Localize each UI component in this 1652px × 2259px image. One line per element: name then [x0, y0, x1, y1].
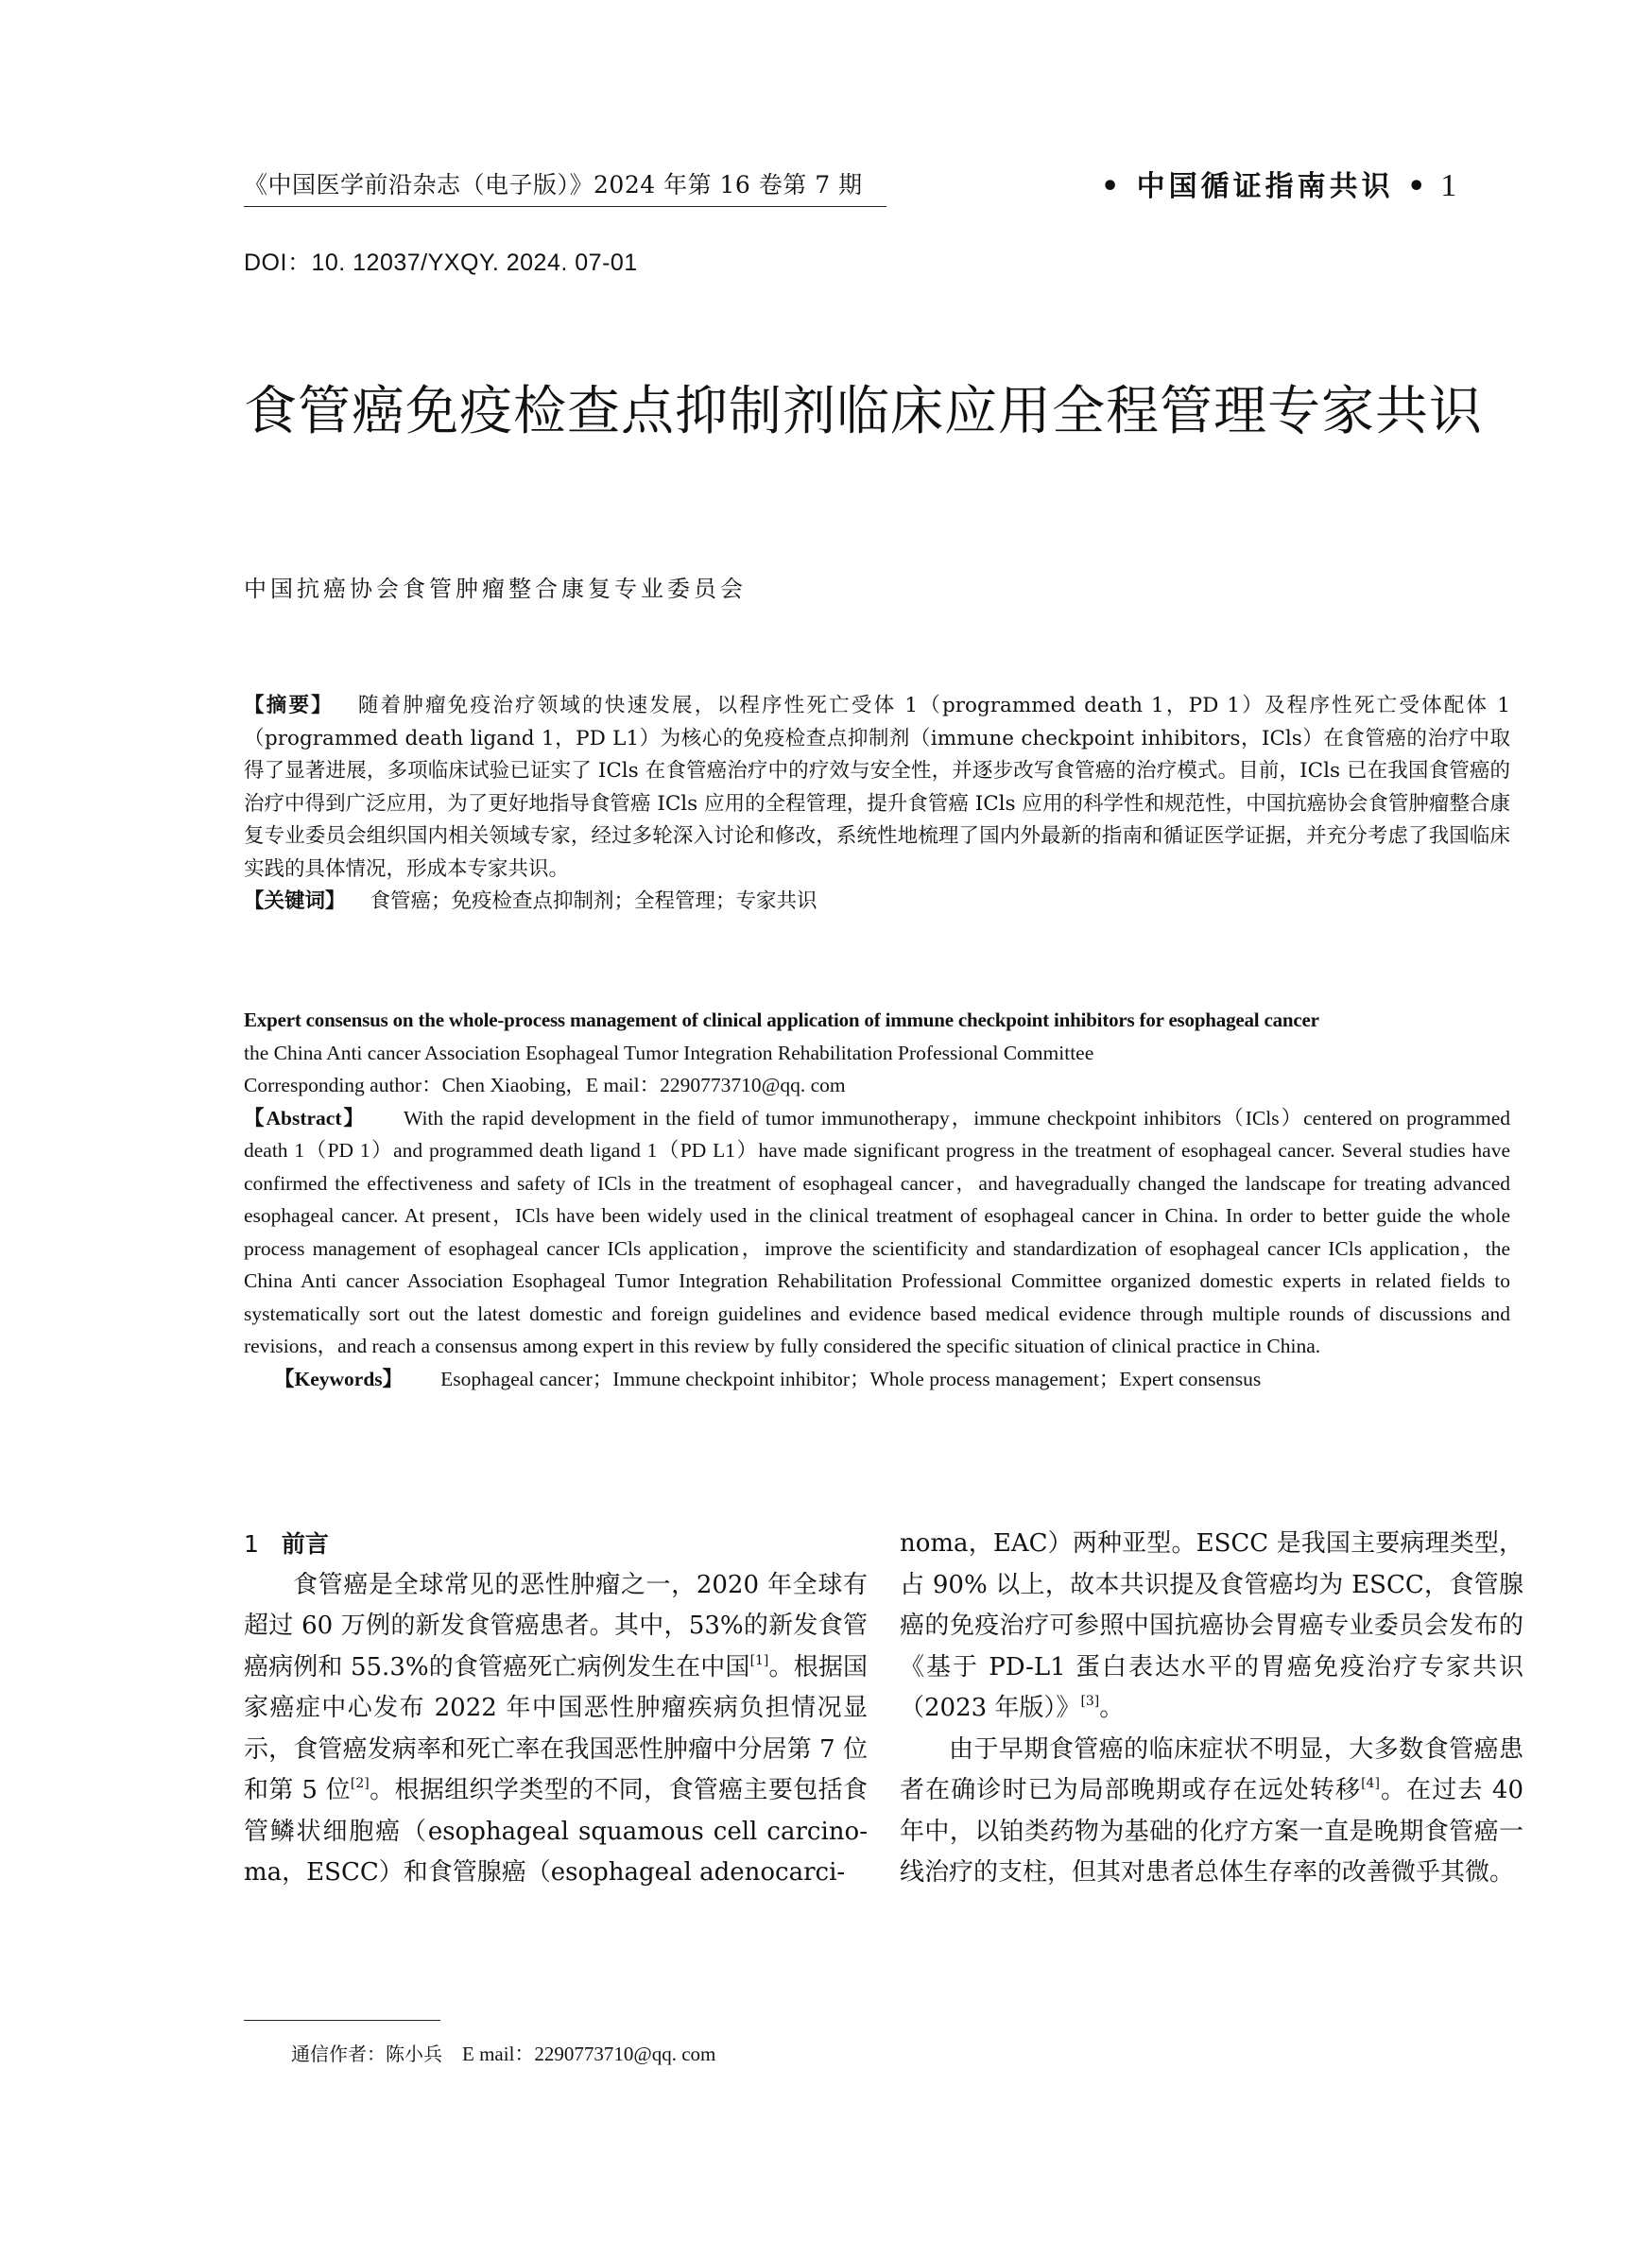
footnote-divider — [244, 2020, 440, 2021]
keywords-en-text: Esophageal cancer；Immune checkpoint inhi… — [440, 1368, 1261, 1390]
english-abstract-block: Expert consensus on the whole-process ma… — [244, 1004, 1510, 1395]
doi: DOI：10. 12037/YXQY. 2024. 07-01 — [244, 244, 638, 278]
body-column-left: 1前言 食管癌是全球常见的恶性肿瘤之一，2020 年全球有超过 60 万例的新发… — [244, 1524, 868, 1894]
english-abstract: 【Abstract】With the rapid development in … — [244, 1102, 1510, 1363]
keywords-cn-label: 【关键词】 — [244, 889, 346, 913]
intro-paragraph-1: 食管癌是全球常见的恶性肿瘤之一，2020 年全球有超过 60 万例的新发食管癌患… — [244, 1565, 868, 1894]
chinese-abstract: 【摘要】随着肿瘤免疫治疗领域的快速发展，以程序性死亡受体 1（programme… — [244, 690, 1510, 919]
article-title: 食管癌免疫检查点抑制剂临床应用全程管理专家共识 — [244, 374, 1529, 450]
body-column-right: noma，EAC）两种亚型。ESCC 是我国主要病理类型，占 90% 以上，故本… — [900, 1524, 1523, 1894]
running-header-journal: 《中国医学前沿杂志（电子版）》2024 年第 16 卷第 7 期 — [244, 166, 886, 207]
intro-paragraph-1-continued: noma，EAC）两种亚型。ESCC 是我国主要病理类型，占 90% 以上，故本… — [900, 1524, 1523, 1730]
abstract-en-label: 【Abstract】 — [244, 1107, 366, 1129]
english-keywords: 【Keywords】Esophageal cancer；Immune check… — [244, 1363, 1510, 1396]
text-run: 。 — [1099, 1694, 1124, 1722]
section-heading: 1前言 — [244, 1524, 868, 1565]
footnote-email[interactable]: E mail：2290773710@qq. com — [462, 2043, 715, 2065]
keywords-cn-paragraph: 【关键词】食管癌；免疫检查点抑制剂；全程管理；专家共识 — [244, 886, 1510, 919]
keywords-en-label: 【Keywords】 — [274, 1368, 403, 1390]
section-number: 1 — [244, 1530, 259, 1558]
citation-ref-2[interactable]: [2] — [351, 1776, 370, 1791]
abstract-cn-text: 随着肿瘤免疫治疗领域的快速发展，以程序性死亡受体 1（programmed de… — [244, 694, 1510, 881]
author-organization: 中国抗癌协会食管肿瘤整合康复专业委员会 — [244, 570, 747, 603]
abstract-en-text: With the rapid development in the field … — [244, 1107, 1510, 1358]
citation-ref-3[interactable]: [3] — [1080, 1694, 1099, 1709]
english-title: Expert consensus on the whole-process ma… — [244, 1004, 1510, 1037]
footnote-corresponding-author: 通信作者：陈小兵 E mail：2290773710@qq. com — [291, 2039, 715, 2067]
section-label: • 中国循证指南共识 • — [1101, 170, 1429, 203]
keywords-cn-text: 食管癌；免疫检查点抑制剂；全程管理；专家共识 — [370, 889, 817, 913]
footnote-author: 通信作者：陈小兵 — [291, 2043, 442, 2065]
section-title: 前言 — [282, 1530, 329, 1558]
running-header-section: • 中国循证指南共识 •1 — [1101, 163, 1456, 204]
page-number: 1 — [1440, 168, 1456, 203]
abstract-cn-paragraph: 【摘要】随着肿瘤免疫治疗领域的快速发展，以程序性死亡受体 1（programme… — [244, 690, 1510, 886]
text-run: noma，EAC）两种亚型。ESCC 是我国主要病理类型，占 90% 以上，故本… — [900, 1529, 1523, 1722]
intro-paragraph-2: 由于早期食管癌的临床症状不明显，大多数食管癌患者在确诊时已为局部晚期或存在远处转… — [900, 1730, 1523, 1894]
citation-ref-4[interactable]: [4] — [1361, 1776, 1380, 1791]
citation-ref-1[interactable]: [1] — [750, 1653, 769, 1668]
abstract-cn-label: 【摘要】 — [244, 694, 334, 717]
corresponding-author: Corresponding author：Chen Xiaobing，E mai… — [244, 1069, 1510, 1102]
english-authors: the China Anti cancer Association Esopha… — [244, 1037, 1510, 1070]
